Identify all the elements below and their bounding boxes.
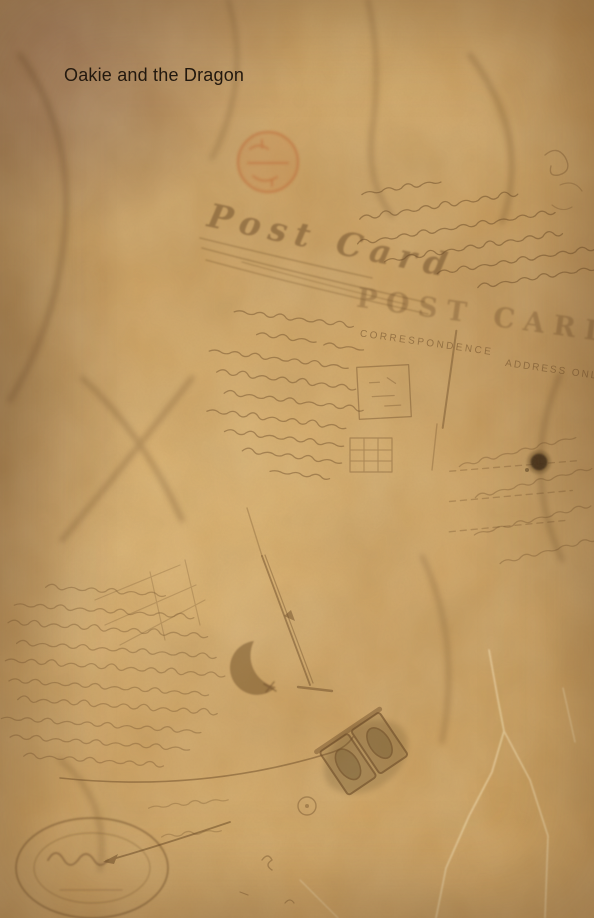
page-title: Oakie and the Dragon (64, 65, 244, 86)
story-cover-page: Post Card (0, 0, 594, 918)
paper-grain (0, 0, 594, 918)
parchment-background-art: Post Card (0, 0, 594, 918)
